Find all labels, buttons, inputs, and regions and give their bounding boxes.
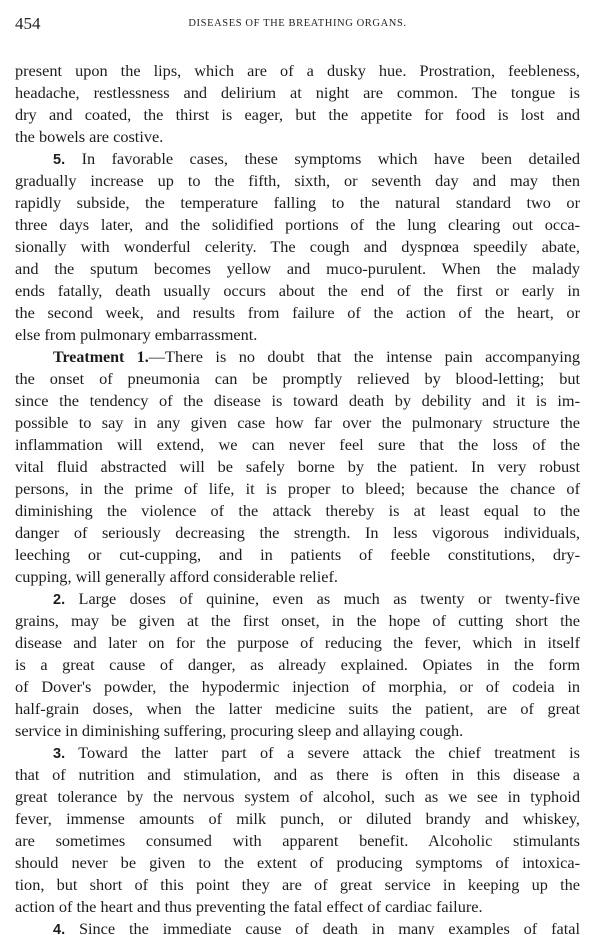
text-line: fever, immense amounts of milk punch, or… (15, 808, 580, 830)
text-line: diminishing the violence of the attack t… (15, 500, 580, 522)
text-line: is a great cause of danger, as already e… (15, 654, 580, 676)
paragraph-item-4: 4. Since the immediate cause of death in… (15, 918, 580, 935)
text-line-content: Large doses of quinine, even as much as … (65, 589, 580, 608)
text-line: the second week, and results from failur… (15, 302, 580, 324)
text-line: possible to say in any given case how fa… (15, 412, 580, 434)
paragraph-item-2: 2. Large doses of quinine, even as much … (15, 588, 580, 742)
text-line: service in diminishing suffering, procur… (15, 720, 580, 742)
paragraph-treatment-1: Treatment 1.—There is no doubt that the … (15, 346, 580, 588)
text-line: cupping, will generally afford considera… (15, 566, 580, 588)
text-line: rapidly subside, the temperature falling… (15, 192, 580, 214)
text-line: tion, but short of this point they are o… (15, 874, 580, 896)
paragraph-number: 4. (53, 922, 65, 935)
text-line: leeching or cut-cupping, and in patients… (15, 544, 580, 566)
text-line: danger of seriously decreasing the stren… (15, 522, 580, 544)
text-line: are sometimes consumed with apparent ben… (15, 830, 580, 852)
text-line-content: In favorable cases, these symptoms which… (65, 149, 580, 168)
text-line: 5. In favorable cases, these symptoms wh… (15, 148, 580, 170)
text-line: grains, may be given at the first onset,… (15, 610, 580, 632)
text-line: three days later, and the solidified por… (15, 214, 580, 236)
text-line-content: Toward the latter part of a severe attac… (65, 743, 580, 762)
text-line: sionally with wonderful celerity. The co… (15, 236, 580, 258)
paragraph-number: 3. (53, 746, 65, 762)
paragraph-number: 5. (53, 152, 65, 168)
text-line: half-grain doses, when the latter medici… (15, 698, 580, 720)
text-line: since the tendency of the disease is tow… (15, 390, 580, 412)
body-text: present upon the lips, which are of a du… (15, 60, 580, 935)
text-line: gradually increase up to the fifth, sixt… (15, 170, 580, 192)
paragraph-item-5: 5. In favorable cases, these symptoms wh… (15, 148, 580, 346)
text-line-content: —There is no doubt that the intense pain… (149, 347, 580, 366)
text-line: great tolerance by the nervous system of… (15, 786, 580, 808)
paragraph-continuation: present upon the lips, which are of a du… (15, 60, 580, 148)
text-line: persons, in the prime of life, it is pro… (15, 478, 580, 500)
book-page: 454 DISEASES OF THE BREATHING ORGANS. pr… (0, 0, 593, 935)
section-heading: Treatment 1. (53, 349, 149, 366)
text-line: vital fluid abstracted will be safely bo… (15, 456, 580, 478)
running-head: 454 DISEASES OF THE BREATHING ORGANS. (15, 14, 580, 36)
text-line: the onset of pneumonia can be promptly r… (15, 368, 580, 390)
text-line: and the sputum becomes yellow and muco-p… (15, 258, 580, 280)
text-line: action of the heart and thus preventing … (15, 896, 580, 918)
text-line: else from pulmonary embarrassment. (15, 324, 580, 346)
text-line: 4. Since the immediate cause of death in… (15, 918, 580, 935)
text-line: ends fatally, death usually occurs about… (15, 280, 580, 302)
text-line: the bowels are costive. (15, 126, 580, 148)
paragraph-number: 2. (53, 592, 65, 608)
text-line: of Dover's powder, the hypodermic inject… (15, 676, 580, 698)
text-line: 2. Large doses of quinine, even as much … (15, 588, 580, 610)
text-line: present upon the lips, which are of a du… (15, 60, 580, 82)
text-line: that of nutrition and stimulation, and a… (15, 764, 580, 786)
text-line: headache, restlessness and delirium at n… (15, 82, 580, 104)
text-line: 3. Toward the latter part of a severe at… (15, 742, 580, 764)
text-line: Treatment 1.—There is no doubt that the … (15, 346, 580, 368)
paragraph-item-3: 3. Toward the latter part of a severe at… (15, 742, 580, 918)
text-line: should never be given to the extent of p… (15, 852, 580, 874)
text-line: dry and coated, the thirst is eager, but… (15, 104, 580, 126)
text-line: disease and later on for the purpose of … (15, 632, 580, 654)
text-line: inflammation will extend, we can never f… (15, 434, 580, 456)
running-title: DISEASES OF THE BREATHING ORGANS. (15, 18, 580, 29)
text-line-content: Since the immediate cause of death in ma… (65, 919, 580, 935)
